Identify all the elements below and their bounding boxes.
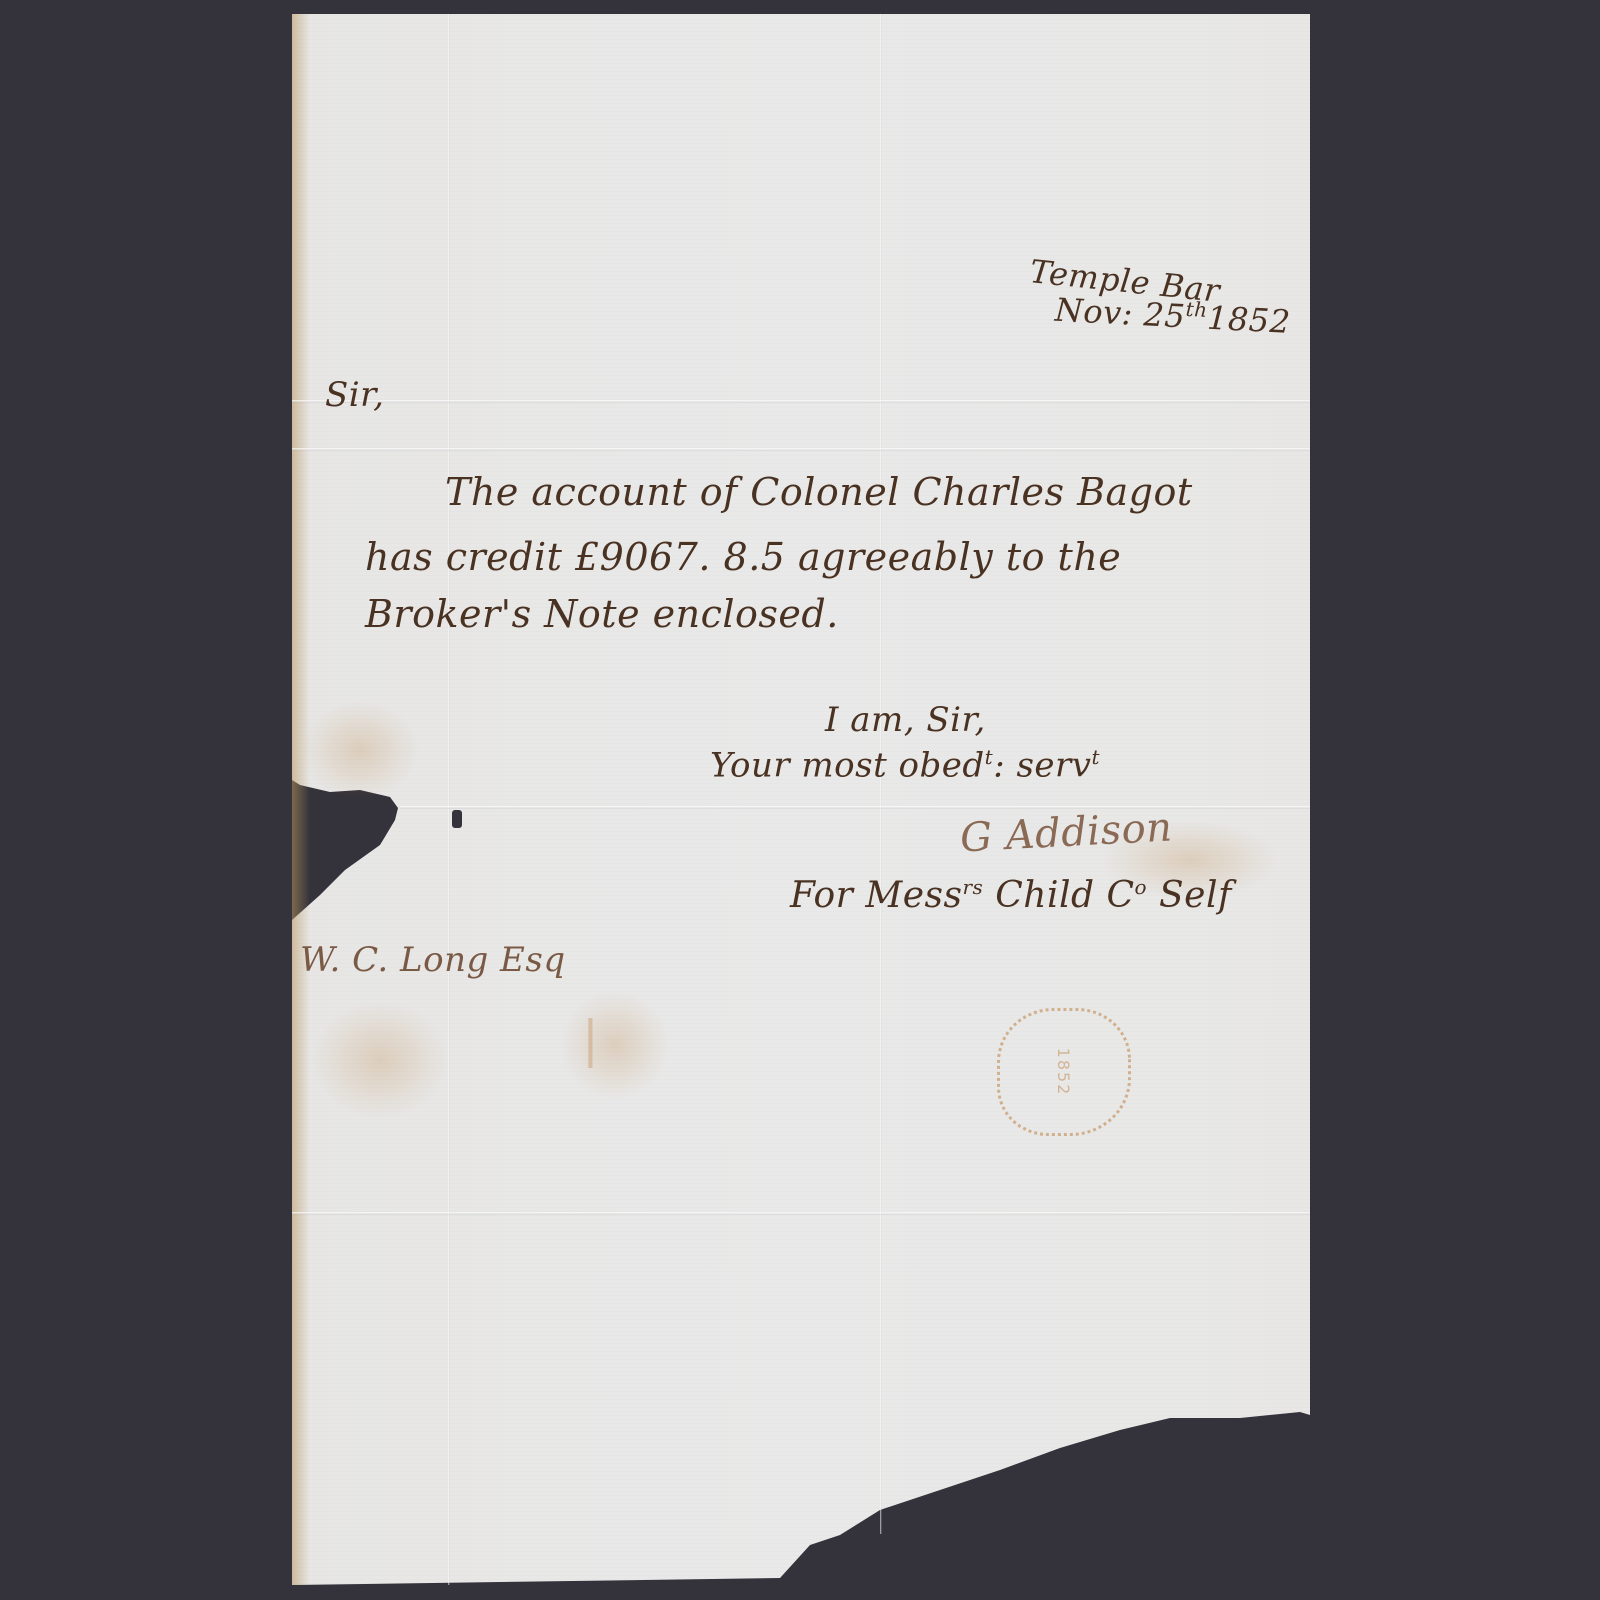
closing-tail: : serv (993, 745, 1091, 785)
postmark-stamp-icon: 1852 (997, 1008, 1131, 1136)
body-line-1: The account of Colonel Charles Bagot (445, 470, 1193, 514)
postmark-text: 1852 (1055, 1048, 1074, 1097)
closing-sup: t (985, 745, 994, 769)
firm-name: Child C (983, 875, 1134, 916)
paper-hole (452, 810, 462, 828)
letter-paper (0, 0, 1600, 1600)
closing-text: Your most obed (710, 745, 985, 785)
firm-prefix-sup: rs (962, 875, 983, 899)
ink-smudge: | (582, 1010, 599, 1068)
body-line-3: Broker's Note enclosed. (365, 592, 839, 636)
firm-prefix: For Mess (790, 875, 962, 916)
closing-line-2: Your most obedt: servt (710, 745, 1100, 785)
addressee: W. C. Long Esq (300, 940, 566, 980)
date-day: 25 (1143, 295, 1187, 335)
date-mark: : (1121, 294, 1134, 333)
scan-background: Temple Bar Nov: 25th1852 Sir, The accoun… (0, 0, 1600, 1600)
date-month: Nov (1054, 291, 1123, 332)
firm-tail: Self (1147, 875, 1232, 916)
firm-line: For Messrs Child Co Self (790, 875, 1232, 916)
date-suffix: th (1185, 297, 1208, 322)
date-year: 1852 (1206, 299, 1291, 341)
closing-line-1: I am, Sir, (825, 700, 986, 740)
body-line-2: has credit £9067. 8.5 agreeably to the (365, 535, 1121, 579)
firm-co-sup: o (1135, 875, 1148, 899)
closing-sup-2: t (1092, 745, 1101, 769)
salutation: Sir, (325, 375, 385, 415)
